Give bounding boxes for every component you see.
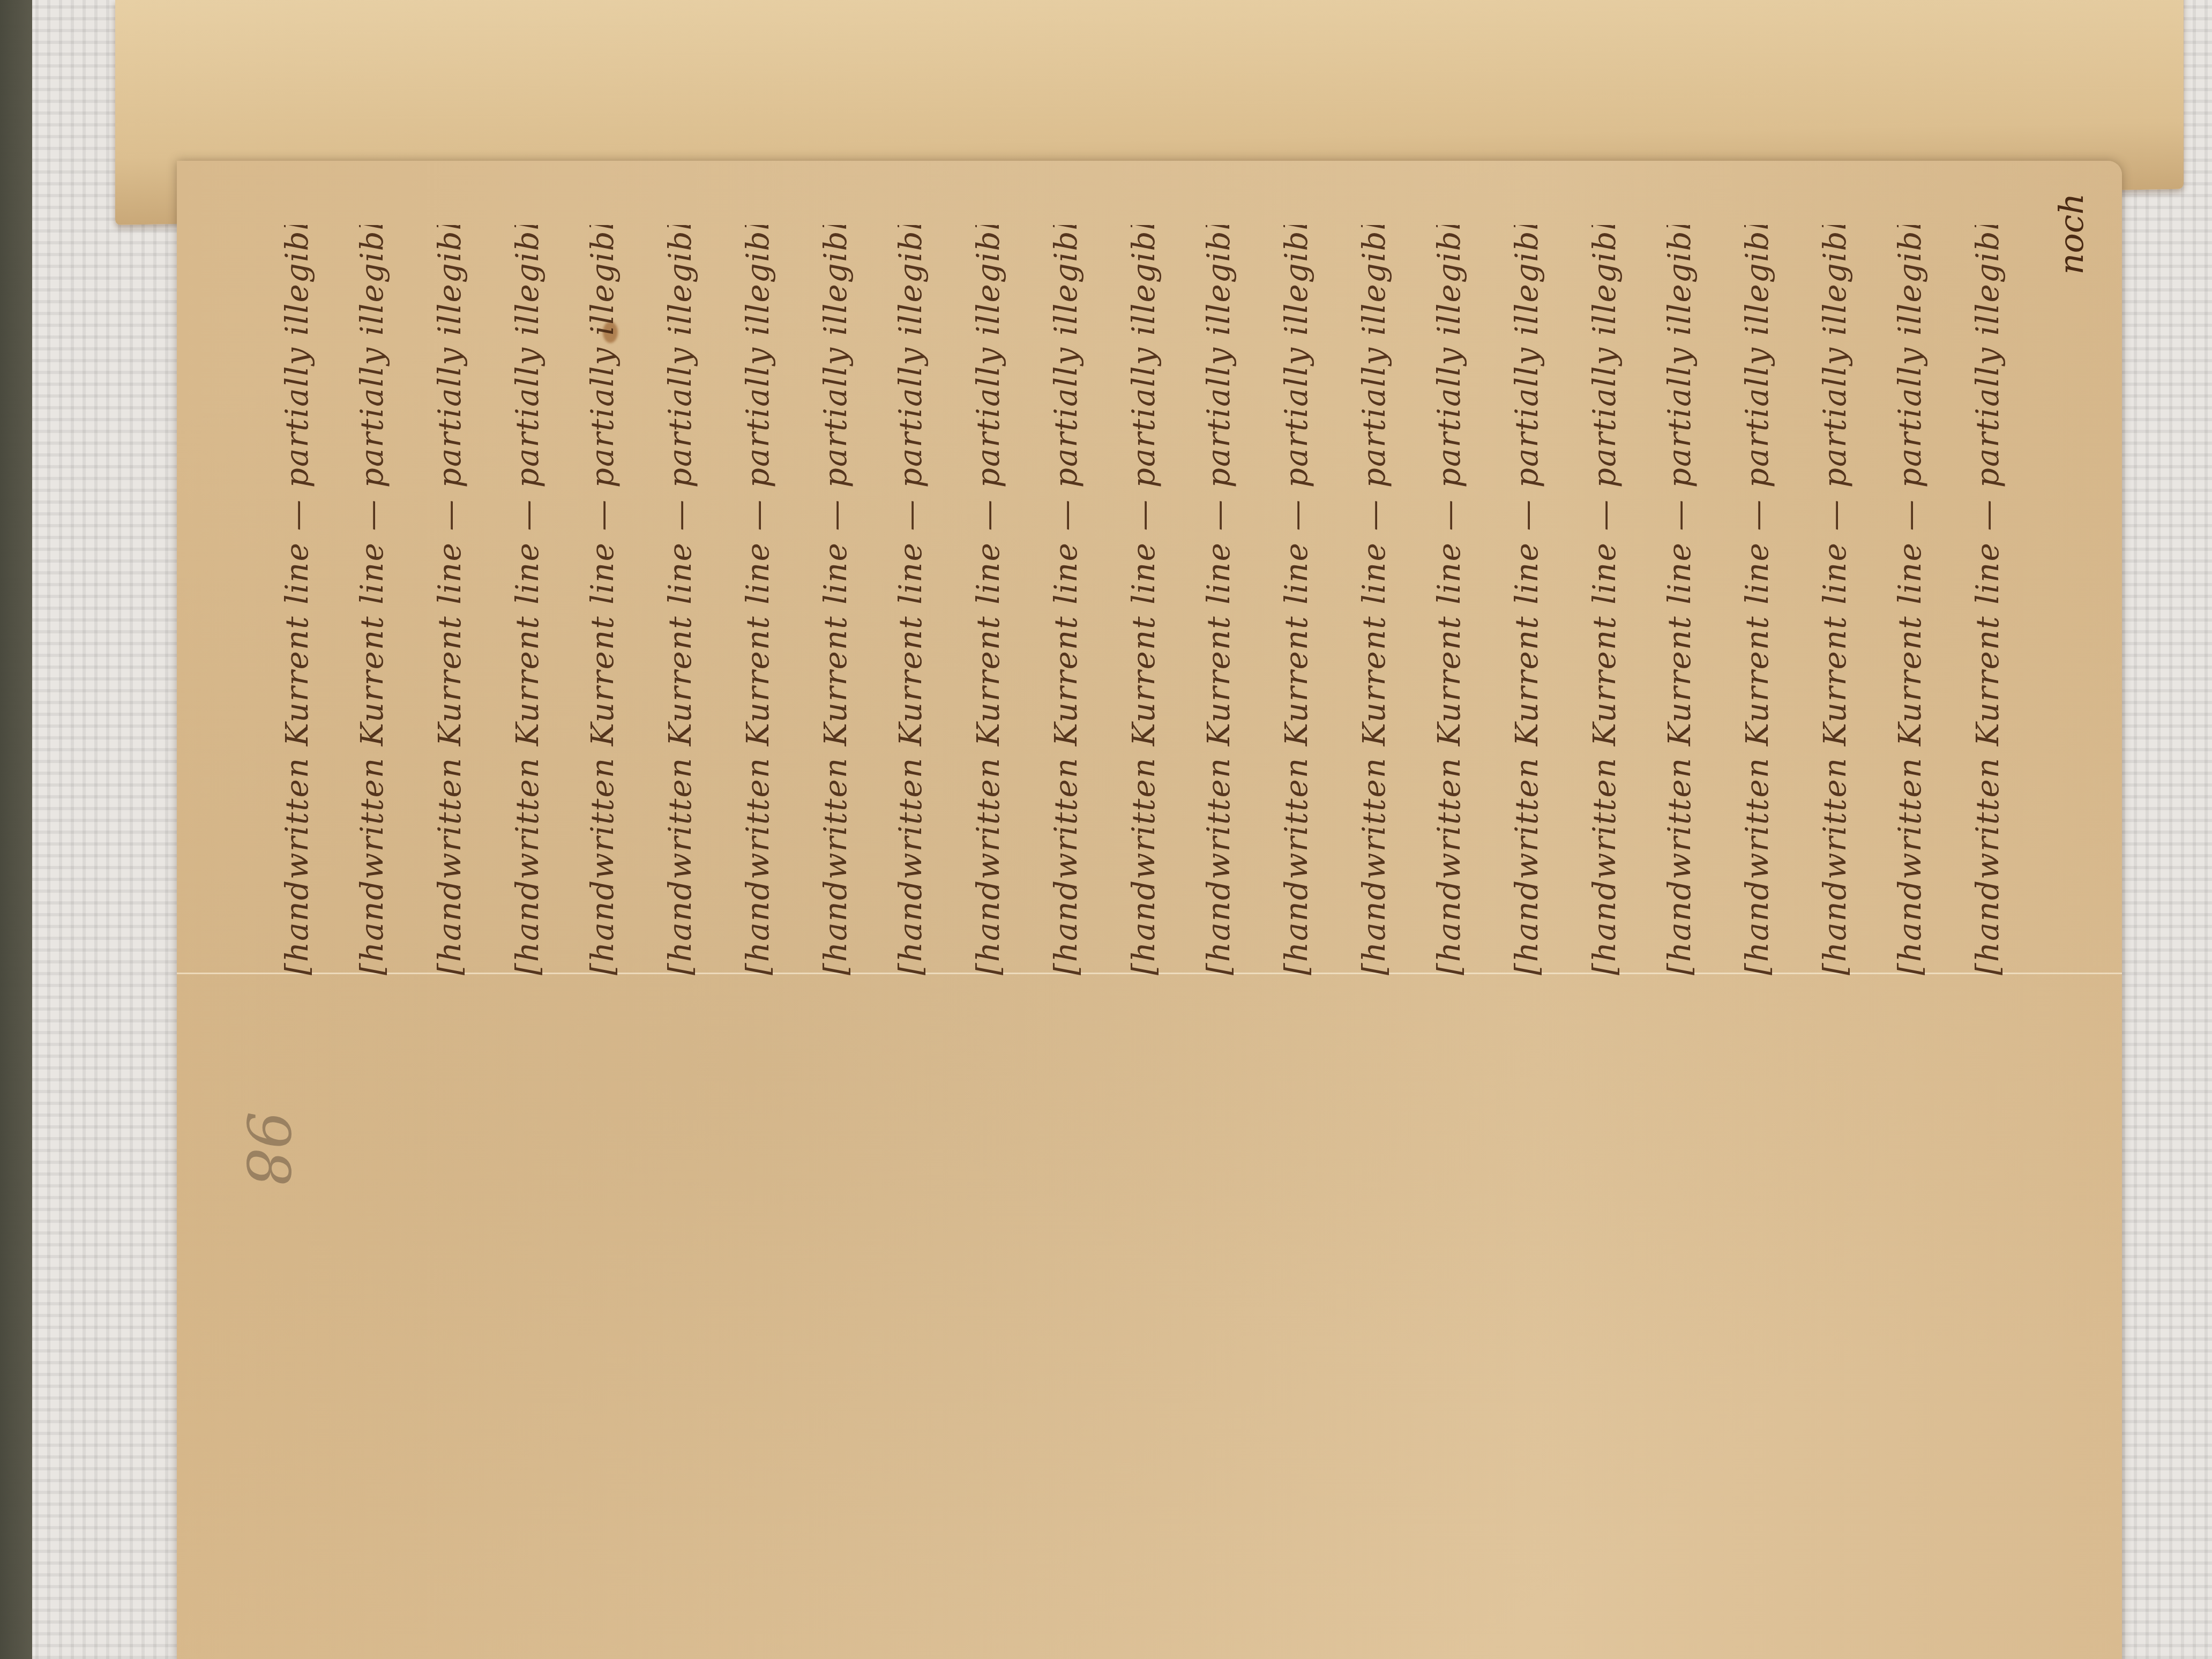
handwritten-line: [handwritten Kurrent line — partially il… xyxy=(279,225,316,975)
handwritten-line: [handwritten Kurrent line — partially il… xyxy=(354,225,391,975)
handwritten-line: [handwritten Kurrent line — partially il… xyxy=(970,225,1007,975)
catchword: noch xyxy=(2052,193,2091,275)
handwritten-line: [handwritten Kurrent line — partially il… xyxy=(1048,225,1085,975)
handwritten-line: [handwritten Kurrent line — partially il… xyxy=(1125,225,1163,975)
handwritten-line: [handwritten Kurrent line — partially il… xyxy=(1586,225,1624,975)
handwritten-line: [handwritten Kurrent line — partially il… xyxy=(892,225,930,975)
handwritten-line: [handwritten Kurrent line — partially il… xyxy=(1508,225,1546,975)
handwritten-line: [handwritten Kurrent line — partially il… xyxy=(1661,225,1699,975)
handwritten-line: [handwritten Kurrent line — partially il… xyxy=(584,225,622,975)
handwritten-line: [handwritten Kurrent line — partially il… xyxy=(1200,225,1238,975)
handwritten-line: [handwritten Kurrent line — partially il… xyxy=(1356,225,1393,975)
handwritten-line: [handwritten Kurrent line — partially il… xyxy=(1739,225,1776,975)
handwritten-line: [handwritten Kurrent line — partially il… xyxy=(662,225,699,975)
handwritten-line: [handwritten Kurrent line — partially il… xyxy=(1431,225,1468,975)
handwritten-line: [handwritten Kurrent line — partially il… xyxy=(817,225,855,975)
handwritten-line: [handwritten Kurrent line — partially il… xyxy=(509,225,547,975)
handwritten-line: [handwritten Kurrent line — partially il… xyxy=(1969,225,2007,975)
handwritten-line: [handwritten Kurrent line — partially il… xyxy=(1817,225,1854,975)
handwritten-line: [handwritten Kurrent line — partially il… xyxy=(431,225,469,975)
handwritten-line: [handwritten Kurrent line — partially il… xyxy=(1278,225,1316,975)
dark-background-strip xyxy=(0,0,32,1659)
handwritten-line: [handwritten Kurrent line — partially il… xyxy=(1892,225,1929,975)
handwritten-text-block: [handwritten Kurrent line — partially il… xyxy=(279,204,2101,975)
page-number: 98 xyxy=(234,1111,302,1186)
handwritten-line: [handwritten Kurrent line — partially il… xyxy=(739,225,777,975)
